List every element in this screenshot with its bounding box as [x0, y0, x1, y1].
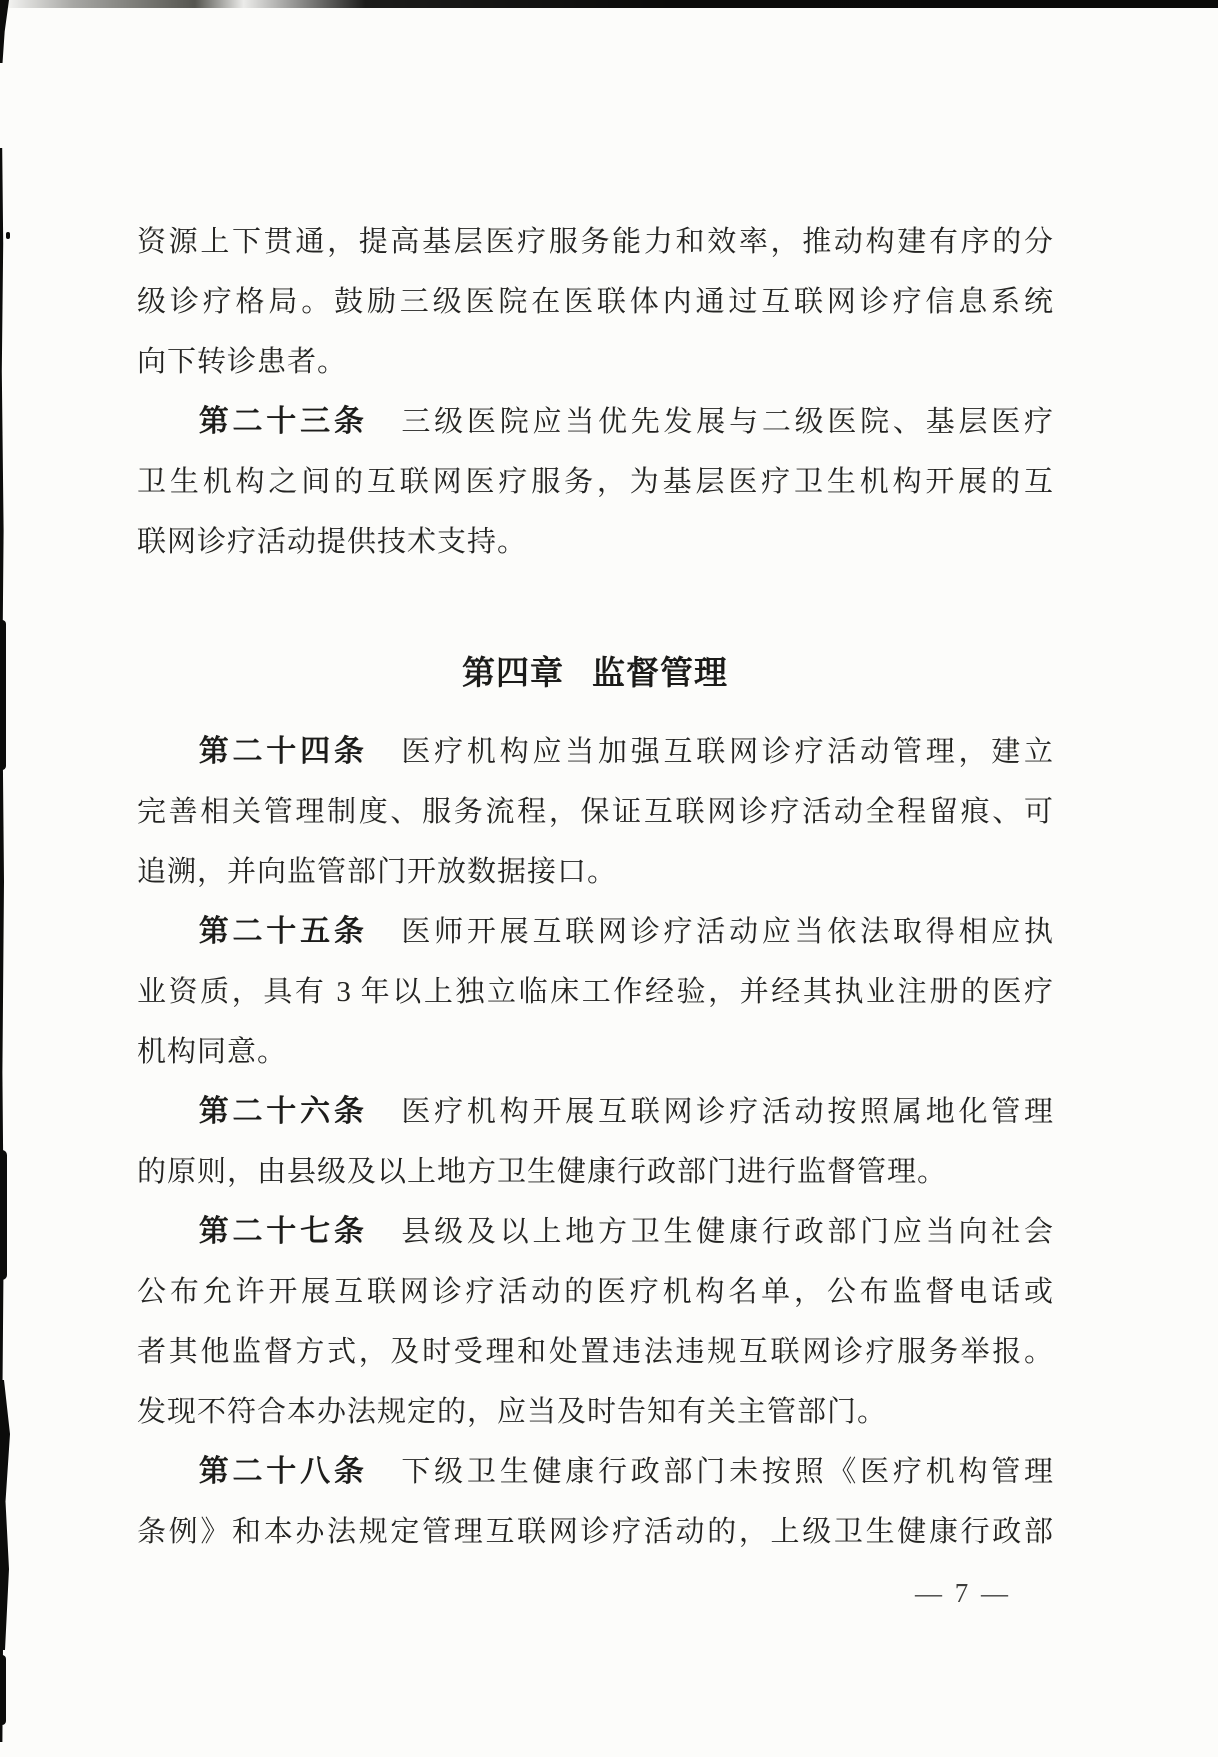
- spacer: [368, 1120, 398, 1121]
- scan-artifact-left-bump: [0, 620, 6, 770]
- page-number: — 7 —: [898, 1575, 1028, 1611]
- spacer: [564, 683, 592, 684]
- line-text: 县级及以上地方卫生健康行政部门应当向社会: [398, 1216, 1053, 1248]
- line-text: 医疗机构应当加强互联网诊疗活动管理，建立: [398, 736, 1053, 768]
- spacer: [368, 1480, 398, 1481]
- scan-artifact-left-bump: [0, 1380, 10, 1650]
- chapter-number: 第四章: [462, 654, 564, 691]
- line-text: 医师开展互联网诊疗活动应当依法取得相应执: [398, 916, 1053, 948]
- article-number: 第二十五条: [195, 915, 368, 948]
- paragraph-indent: [137, 940, 195, 941]
- line-text: 下级卫生健康行政部门未按照《医疗机构管理: [398, 1456, 1053, 1488]
- article-line: 第二十五条医师开展互联网诊疗活动应当依法取得相应执: [137, 902, 1053, 962]
- body-line: 发现不符合本办法规定的，应当及时告知有关主管部门。: [137, 1382, 1053, 1442]
- paragraph-indent: [137, 1240, 195, 1241]
- body-line: 业资质，具有 3 年以上独立临床工作经验，并经其执业注册的医疗: [137, 962, 1053, 1022]
- scan-artifact-top-left-mark: [0, 0, 9, 63]
- article-line: 第二十四条医疗机构应当加强互联网诊疗活动管理，建立: [137, 722, 1053, 782]
- paragraph-indent: [137, 430, 195, 431]
- spacer: [368, 940, 398, 941]
- body-line: 联网诊疗活动提供技术支持。: [137, 512, 1053, 572]
- body-line: 机构同意。: [137, 1022, 1053, 1082]
- paragraph-indent: [137, 1120, 195, 1121]
- line-text: 三级医院应当优先发展与二级医院、基层医疗: [398, 406, 1053, 438]
- body-line: 向下转诊患者。: [137, 332, 1053, 392]
- article-number: 第二十七条: [195, 1215, 368, 1248]
- spacer: [368, 1240, 398, 1241]
- article-number: 第二十六条: [195, 1095, 368, 1128]
- article-line: 第二十八条下级卫生健康行政部门未按照《医疗机构管理: [137, 1442, 1053, 1502]
- paragraph-indent: [137, 760, 195, 761]
- body-line: 的原则，由县级及以上地方卫生健康行政部门进行监督管理。: [137, 1142, 1053, 1202]
- chapter-heading: 第四章监督管理: [137, 624, 1053, 722]
- body-line: 公布允许开展互联网诊疗活动的医疗机构名单，公布监督电话或: [137, 1262, 1053, 1322]
- paragraph-indent: [137, 1480, 195, 1481]
- line-text: 医疗机构开展互联网诊疗活动按照属地化管理: [398, 1096, 1053, 1128]
- body-line: 卫生机构之间的互联网医疗服务，为基层医疗卫生机构开展的互: [137, 452, 1053, 512]
- article-line: 第二十七条县级及以上地方卫生健康行政部门应当向社会: [137, 1202, 1053, 1262]
- body-line: 条例》和本办法规定管理互联网诊疗活动的，上级卫生健康行政部: [137, 1502, 1053, 1562]
- body-line: 者其他监督方式，及时受理和处置违法违规互联网诊疗服务举报。: [137, 1322, 1053, 1382]
- line-text: 监督管理: [592, 654, 728, 691]
- document-page: 资源上下贯通，提高基层医疗服务能力和效率，推动构建有序的分级诊疗格局。鼓励三级医…: [0, 0, 1218, 1757]
- body-line: 追溯，并向监管部门开放数据接口。: [137, 842, 1053, 902]
- article-number: 第二十八条: [195, 1455, 368, 1488]
- scan-artifact-speck: [6, 232, 10, 239]
- spacer: [368, 760, 398, 761]
- article-line: 第二十六条医疗机构开展互联网诊疗活动按照属地化管理: [137, 1082, 1053, 1142]
- article-line: 第二十三条三级医院应当优先发展与二级医院、基层医疗: [137, 392, 1053, 452]
- body-line: 完善相关管理制度、服务流程，保证互联网诊疗活动全程留痕、可: [137, 782, 1053, 842]
- scan-artifact-left-bump: [0, 1655, 6, 1725]
- scan-artifact-bottom-bar: [0, 0, 1218, 8]
- body-line: 级诊疗格局。鼓励三级医院在医联体内通过互联网诊疗信息系统: [137, 272, 1053, 332]
- body-line: 资源上下贯通，提高基层医疗服务能力和效率，推动构建有序的分: [137, 212, 1053, 272]
- article-number: 第二十三条: [195, 405, 368, 438]
- article-number: 第二十四条: [195, 735, 368, 768]
- spacer: [368, 430, 398, 431]
- scan-artifact-left-bump: [0, 1150, 7, 1280]
- text-block: 资源上下贯通，提高基层医疗服务能力和效率，推动构建有序的分级诊疗格局。鼓励三级医…: [137, 212, 1053, 1562]
